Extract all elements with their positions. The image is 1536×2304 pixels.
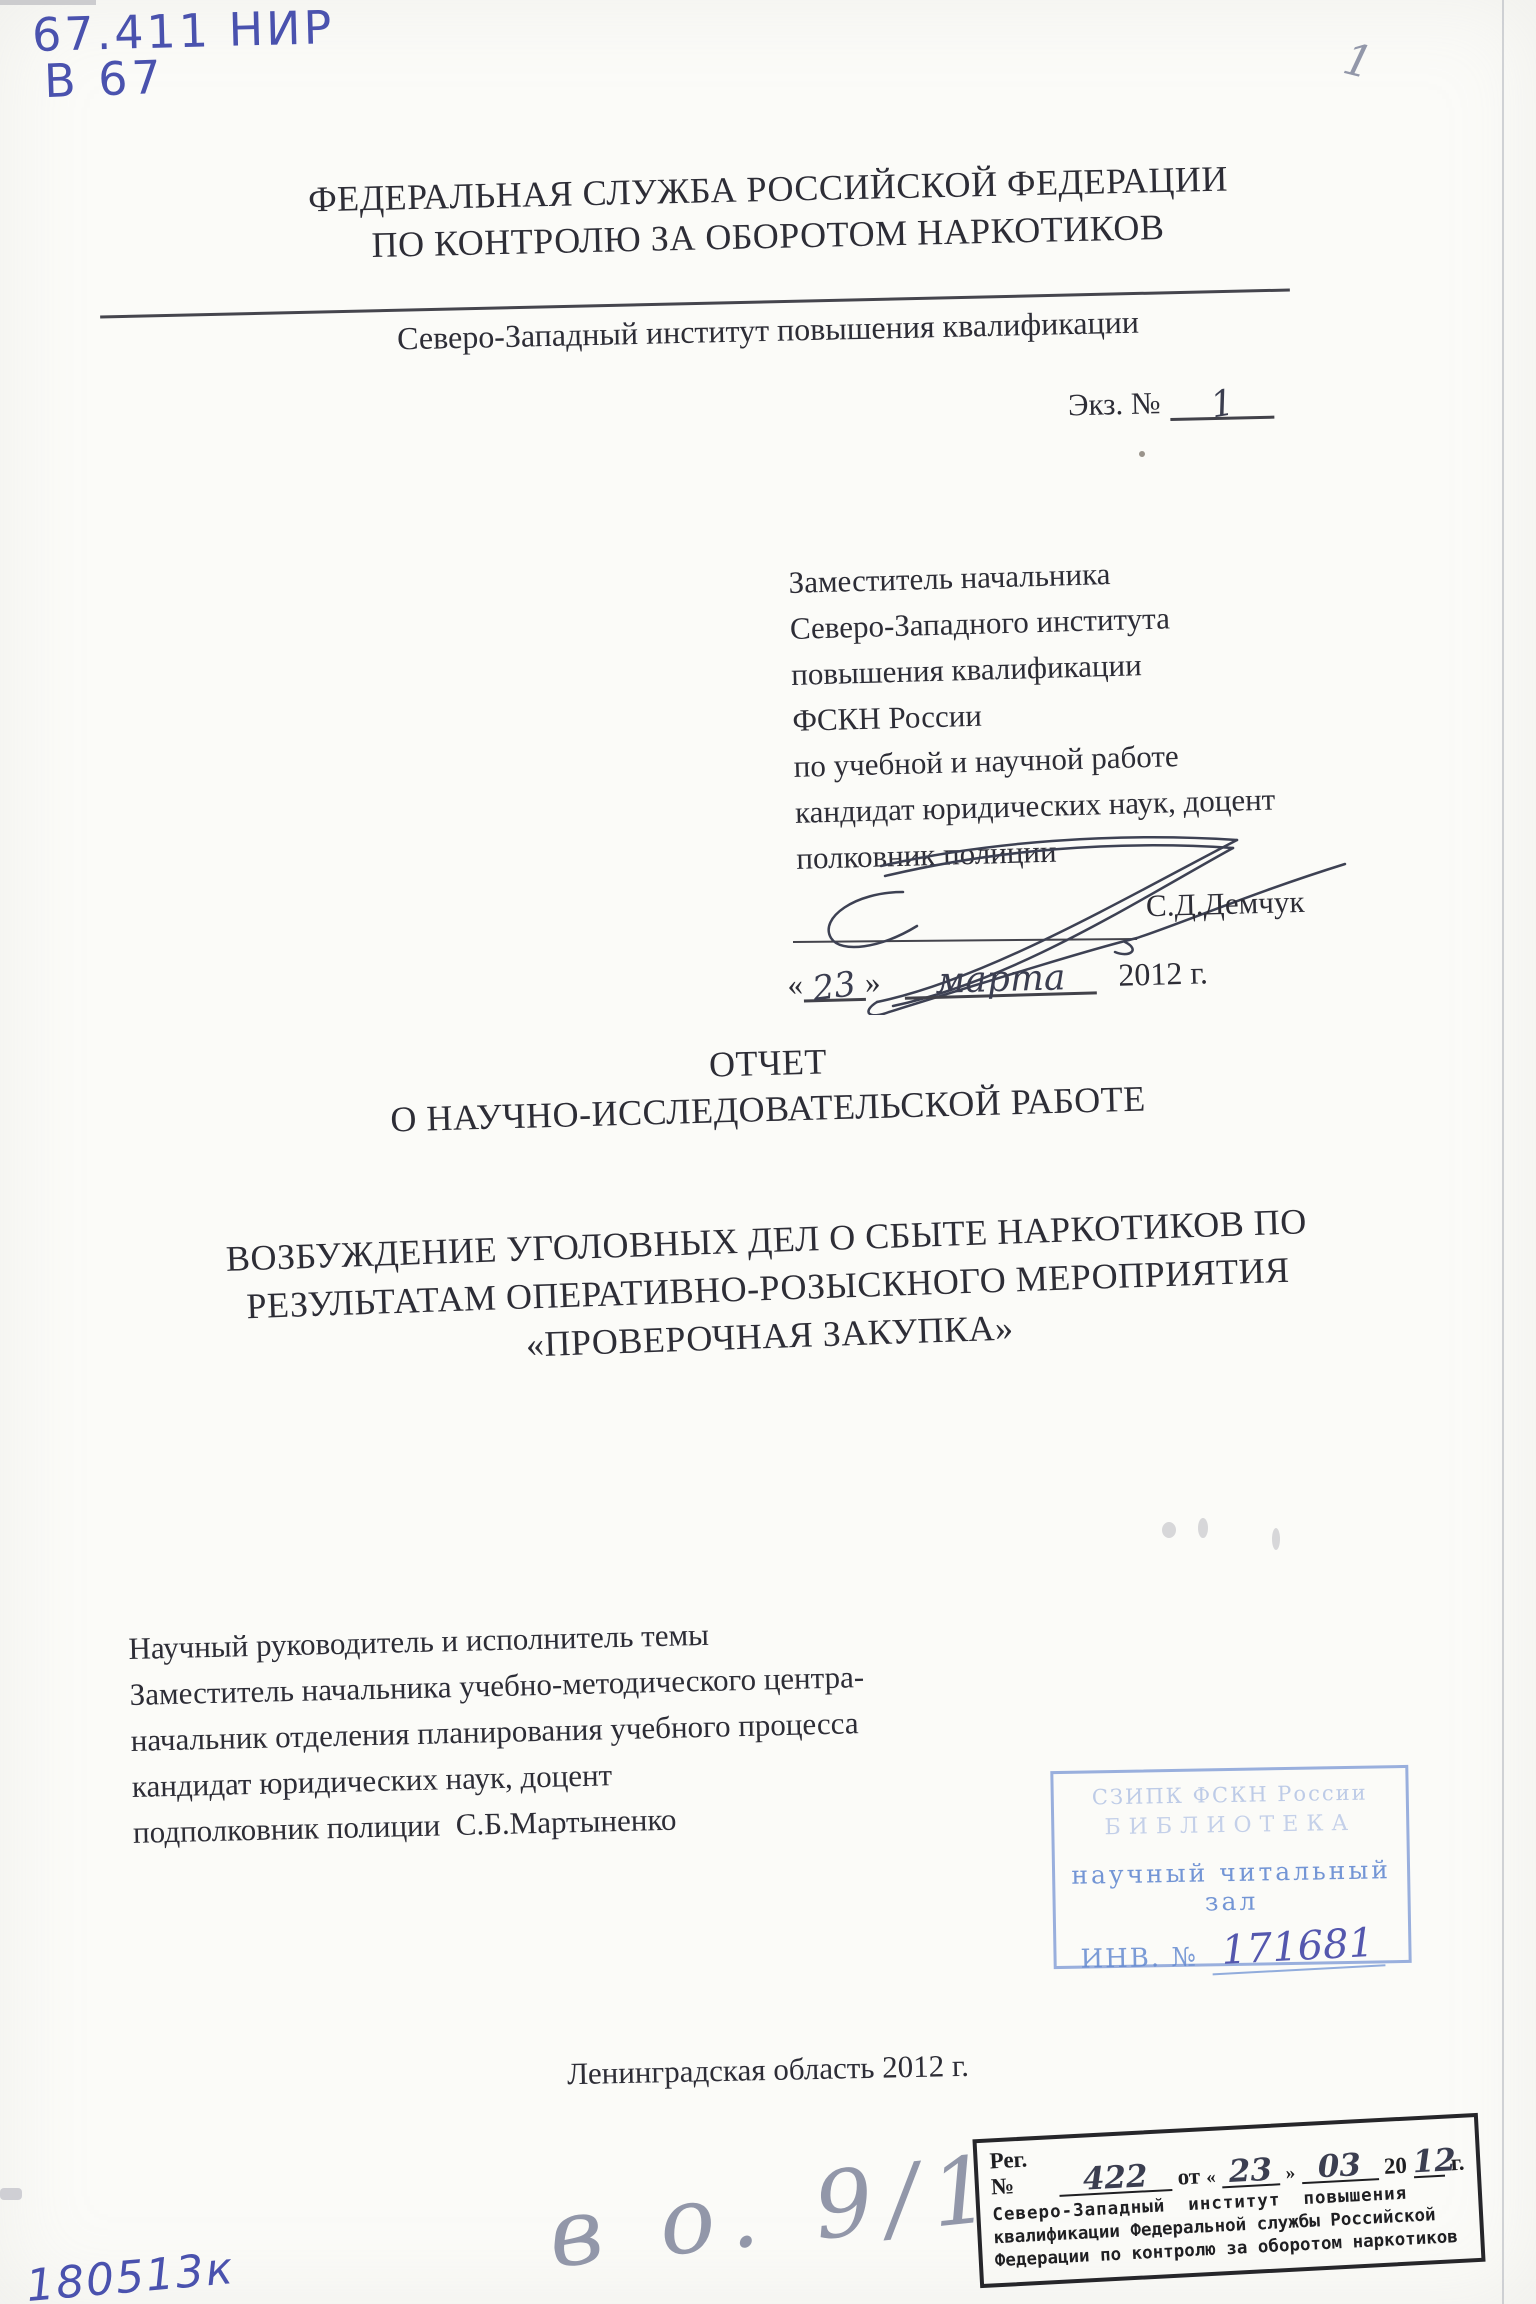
date-close-quote: » bbox=[864, 964, 880, 1000]
reg-from-label: от bbox=[1177, 2163, 1201, 2190]
reg-month-line: 03 bbox=[1300, 2148, 1379, 2184]
date-month-line: марта bbox=[904, 957, 1097, 999]
reg-month: 03 bbox=[1300, 2149, 1378, 2184]
researcher-block: Научный руководитель и исполнитель темы … bbox=[128, 1608, 868, 1856]
date-day: 23 bbox=[810, 968, 857, 1005]
date-day-line: 23 bbox=[803, 966, 866, 1003]
copy-number-row: Экз. № 1 bbox=[1068, 382, 1275, 424]
reg-year-prefix: 20 bbox=[1383, 2153, 1407, 2180]
reg-year-handwritten: 12 bbox=[1412, 2146, 1445, 2179]
library-stamp-inventory-row: ИНВ. № 171681 bbox=[1056, 1925, 1409, 1975]
date-open-quote: « bbox=[787, 967, 803, 1003]
pencil-speck bbox=[1198, 1518, 1208, 1538]
reg-open-quote: « bbox=[1206, 2167, 1217, 2189]
reg-year-line: 12 bbox=[1412, 2145, 1446, 2179]
date-month: марта bbox=[935, 961, 1066, 999]
inventory-label: ИНВ. № bbox=[1080, 1943, 1198, 1975]
accession-code: 180513к bbox=[24, 2243, 236, 2304]
library-stamp-room: научный читальный зал bbox=[1055, 1855, 1408, 1919]
reg-number-line: 422 bbox=[1058, 2159, 1172, 2197]
ink-dot bbox=[1139, 451, 1145, 457]
scanned-title-page: 67.411 НИР В 67 1 ФЕДЕРАЛЬНАЯ СЛУЖБА РОС… bbox=[0, 0, 1536, 2304]
shelf-code-line2: В 67 bbox=[43, 50, 166, 108]
copy-number-value: 1 bbox=[1208, 386, 1236, 423]
date-year: 2012 г. bbox=[1118, 954, 1209, 993]
reg-day: 23 bbox=[1221, 2154, 1281, 2188]
library-stamp-org: СЗИПК ФСКН России bbox=[1054, 1780, 1406, 1810]
pencil-speck bbox=[1162, 1522, 1176, 1538]
reg-close-quote: » bbox=[1285, 2163, 1296, 2185]
copy-number-label: Экз. № bbox=[1068, 385, 1161, 423]
registration-stamp: Рег. № 422 от « 23 » 03 20 12 г. Северо-… bbox=[972, 2113, 1485, 2288]
pencil-note: в о. 9/1 bbox=[544, 2134, 1009, 2288]
reg-day-line: 23 bbox=[1221, 2153, 1281, 2188]
copy-number-line: 1 bbox=[1170, 382, 1275, 421]
scan-edge-line-right bbox=[1502, 0, 1504, 2304]
pencil-page-number: 1 bbox=[1338, 33, 1378, 89]
scan-edge-artifact-top bbox=[0, 0, 96, 5]
inventory-number: 171681 bbox=[1211, 1922, 1386, 1975]
header-institute: Северо-Западный институт повышения квали… bbox=[0, 295, 1536, 367]
library-stamp-title: БИБЛИОТЕКА bbox=[1054, 1810, 1406, 1841]
library-stamp: СЗИПК ФСКН России БИБЛИОТЕКА научный чит… bbox=[1050, 1765, 1411, 1969]
reg-number: 422 bbox=[1058, 2160, 1172, 2197]
report-topic-block: ВОЗБУЖДЕНИЕ УГОЛОВНЫХ ДЕЛ О СБЫТЕ НАРКОТ… bbox=[0, 1189, 1536, 1387]
footer-place-year: Ленинградская область 2012 г. bbox=[0, 2036, 1536, 2104]
scan-edge-smudge-left bbox=[0, 2188, 22, 2200]
pencil-speck bbox=[1272, 1528, 1280, 1550]
approval-signee: С.Д.Демчук bbox=[1146, 884, 1305, 924]
